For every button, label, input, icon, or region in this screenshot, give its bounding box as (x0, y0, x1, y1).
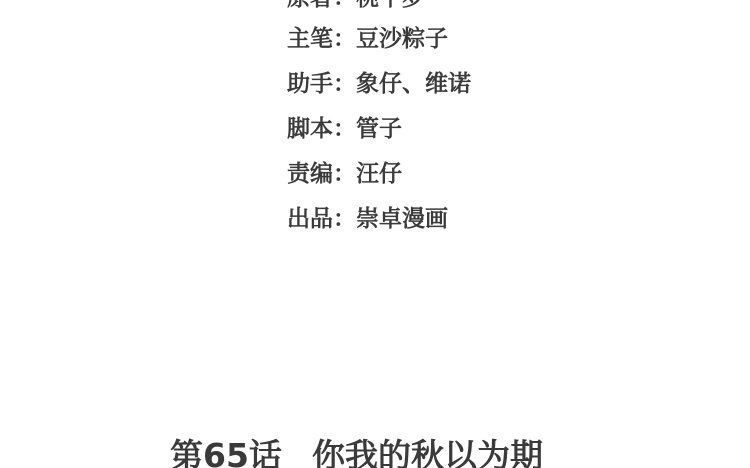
credit-value: 象仔、维诺 (356, 71, 471, 97)
credit-label: 责编： (287, 161, 356, 187)
chapter-name: 你我的秋以为期 (312, 436, 543, 468)
credit-label: 助手： (287, 71, 356, 97)
chapter-number: 第65话 (170, 436, 282, 468)
credit-value: 桃千岁 (356, 0, 425, 11)
credit-value: 豆沙粽子 (356, 26, 448, 52)
credit-original-author: 原著：桃千岁 (287, 0, 425, 12)
chapter-title: 第65话你我的秋以为期 (170, 436, 543, 468)
credit-label: 主笔： (287, 26, 356, 52)
credit-value: 汪仔 (356, 161, 402, 187)
credit-publisher: 出品：崇卓漫画 (287, 205, 448, 233)
credit-script: 脚本：管子 (287, 115, 402, 143)
credit-value: 管子 (356, 116, 402, 142)
credit-main-artist: 主笔：豆沙粽子 (287, 25, 448, 53)
credit-editor: 责编：汪仔 (287, 160, 402, 188)
credit-label: 脚本： (287, 116, 356, 142)
credit-label: 原著： (287, 0, 356, 11)
credit-label: 出品： (287, 206, 356, 232)
credit-assistants: 助手：象仔、维诺 (287, 70, 471, 98)
credit-value: 崇卓漫画 (356, 206, 448, 232)
